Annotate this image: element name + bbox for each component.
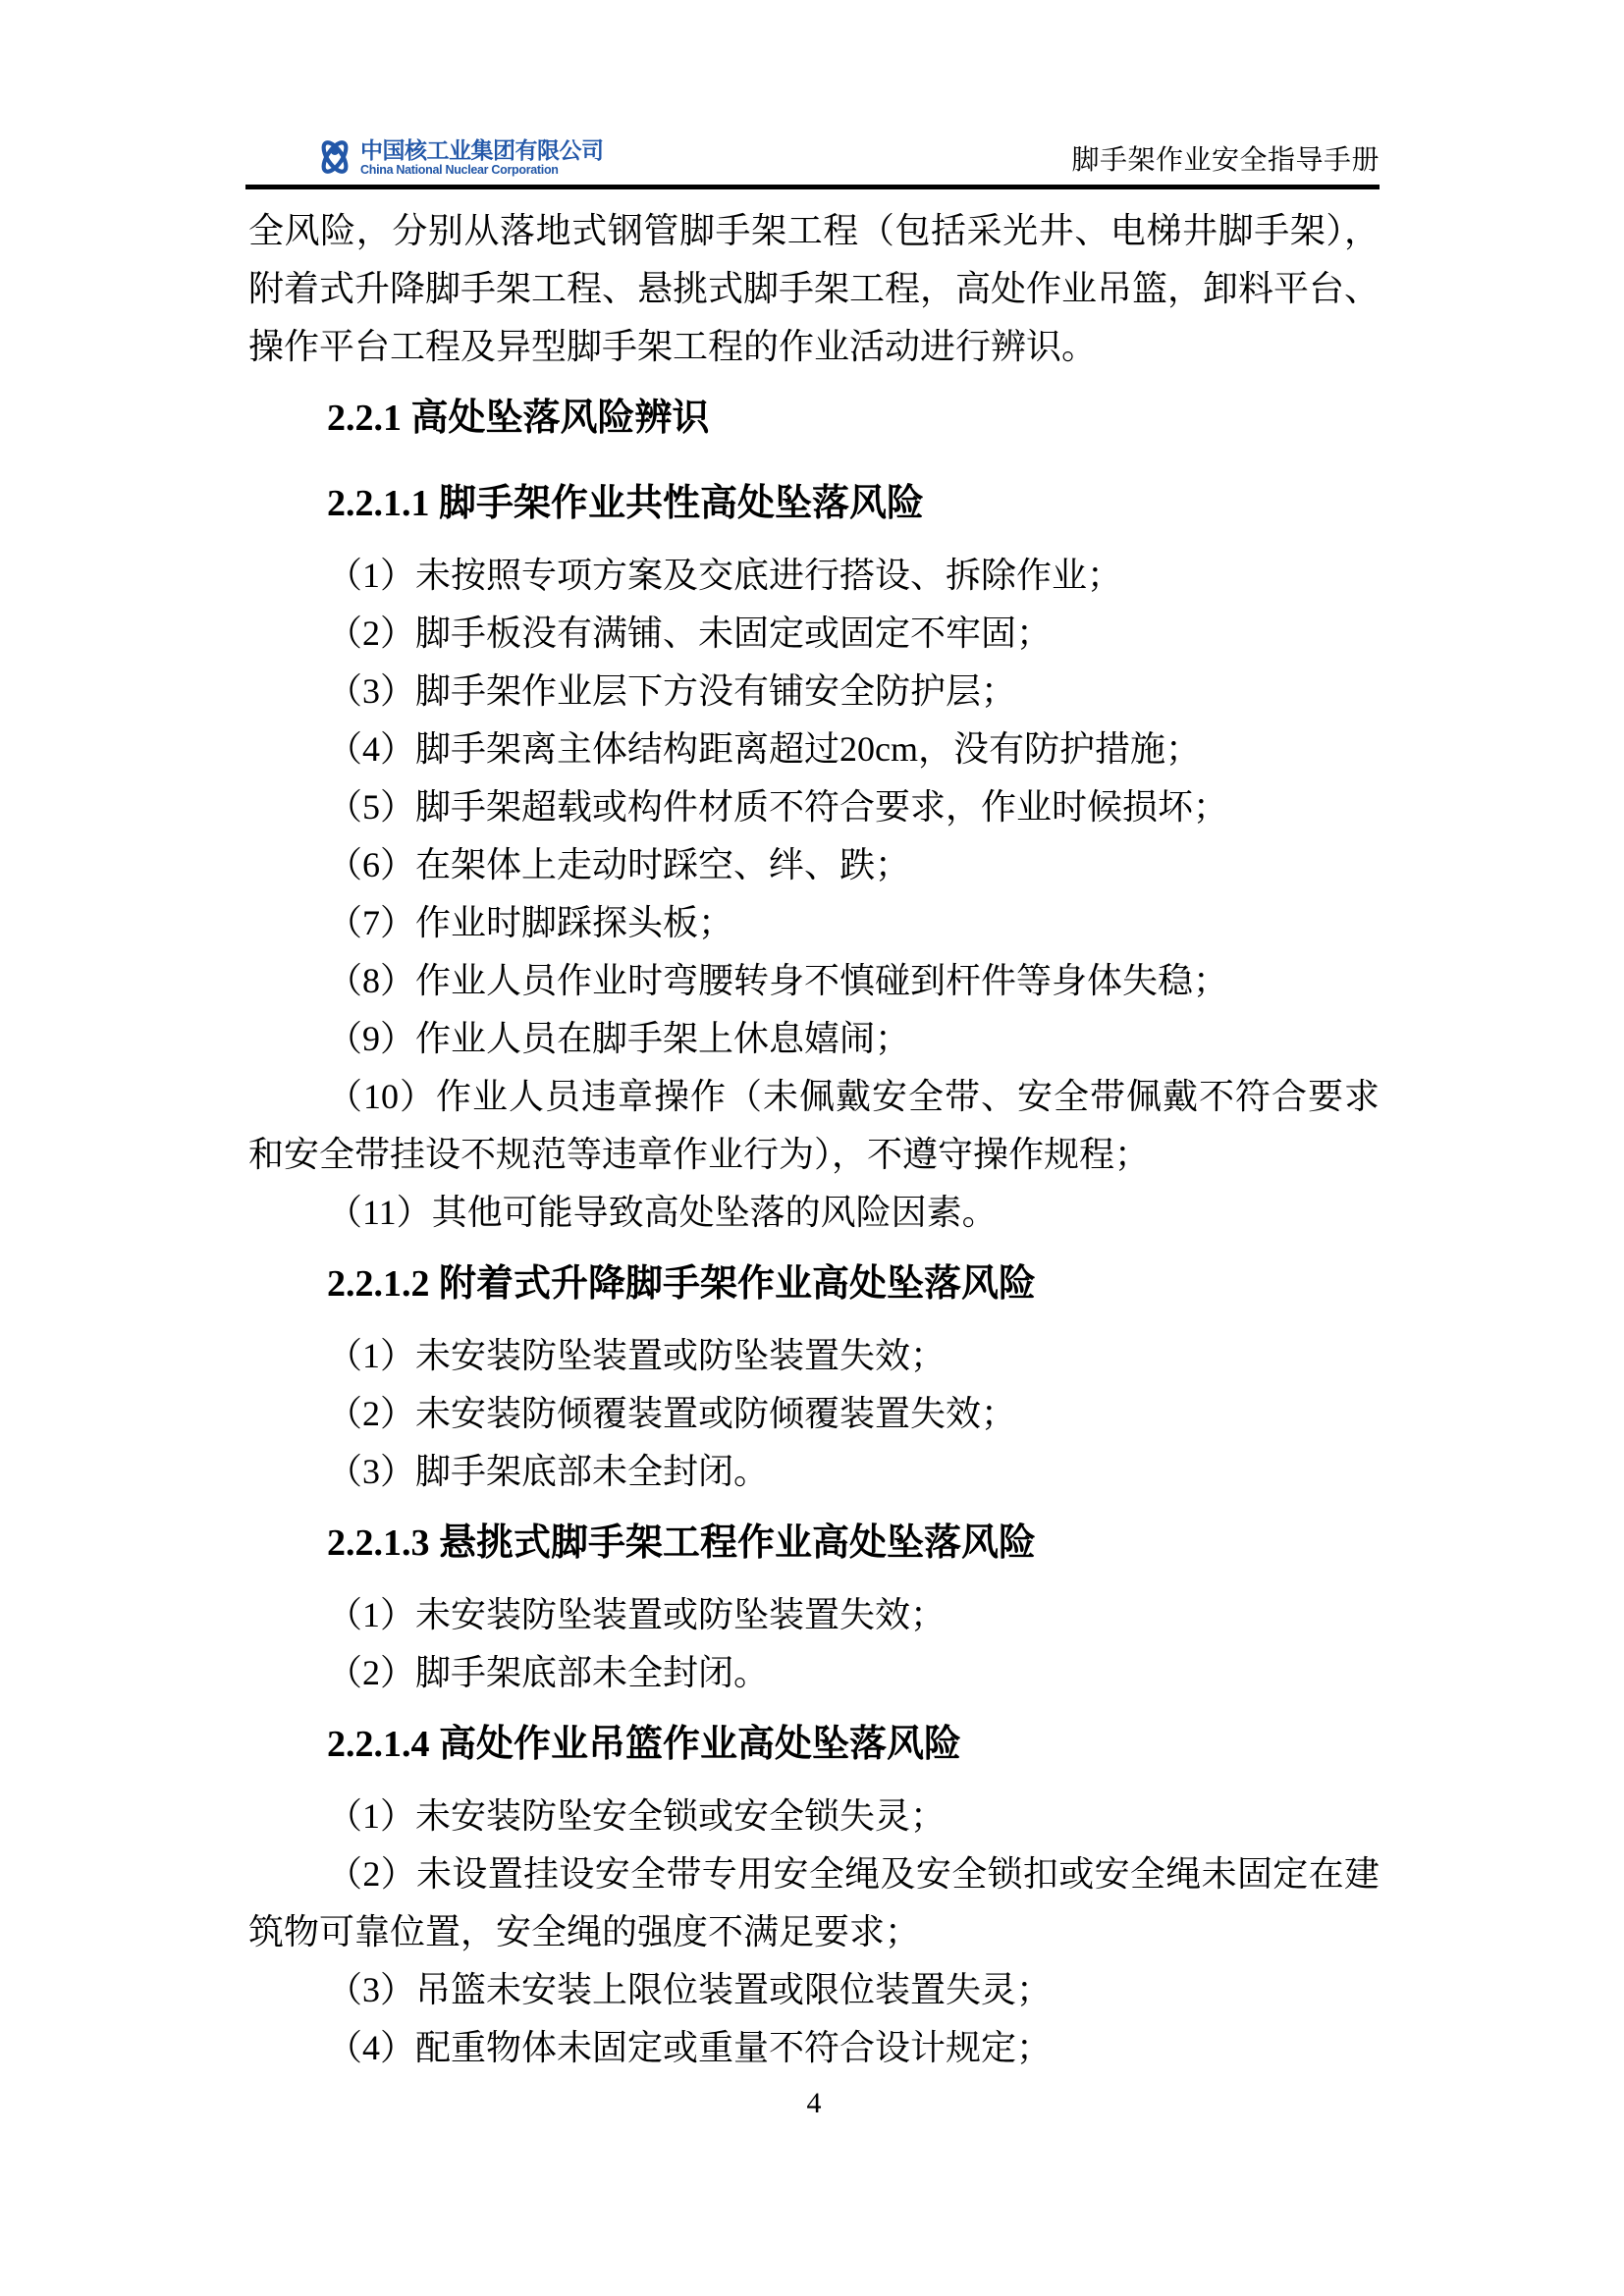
risk-item-common-1: （1）未按照专项方案及交底进行搭设、拆除作业； — [248, 547, 1380, 605]
page-number: 4 — [248, 2087, 1380, 2120]
atom-logo-icon — [316, 135, 353, 179]
company-name: 中国核工业集团有限公司 China National Nuclear Corpo… — [360, 138, 604, 177]
document-page: 中国核工业集团有限公司 China National Nuclear Corpo… — [0, 0, 1624, 2296]
company-name-en: China National Nuclear Corporation — [360, 163, 604, 177]
risk-item-cantilever-2: （2）脚手架底部未全封闭。 — [248, 1644, 1380, 1702]
body-paragraph: 全风险，分别从落地式钢管脚手架工程（包括采光井、电梯井脚手架），附着式升降脚手架… — [248, 202, 1380, 376]
document-title: 脚手架作业安全指导手册 — [1071, 138, 1380, 178]
heading-2-2-1-4: 2.2.1.4 高处作业吊篮作业高处坠落风险 — [248, 1702, 1380, 1788]
risk-item-gondola-1: （1）未安装防坠安全锁或安全锁失灵； — [248, 1788, 1380, 1845]
company-name-cn: 中国核工业集团有限公司 — [360, 138, 604, 163]
heading-2-2-1-3: 2.2.1.3 悬挑式脚手架工程作业高处坠落风险 — [248, 1501, 1380, 1586]
risk-item-climbing-2: （2）未安装防倾覆装置或防倾覆装置失效； — [248, 1385, 1380, 1443]
heading-2-2-1: 2.2.1 高处坠落风险辨识 — [248, 376, 1380, 461]
risk-item-climbing-3: （3）脚手架底部未全封闭。 — [248, 1443, 1380, 1501]
risk-item-common-5: （5）脚手架超载或构件材质不符合要求，作业时候损坏； — [248, 778, 1380, 836]
risk-item-common-4: （4）脚手架离主体结构距离超过20cm，没有防护措施； — [248, 721, 1380, 778]
header-rule — [245, 185, 1380, 189]
risk-item-common-2: （2）脚手板没有满铺、未固定或固定不牢固； — [248, 605, 1380, 663]
risk-item-common-10: （10）作业人员违章操作（未佩戴安全带、安全带佩戴不符合要求和安全带挂设不规范等… — [248, 1068, 1380, 1184]
risk-item-common-7: （7）作业时脚踩探头板； — [248, 894, 1380, 952]
risk-item-common-9: （9）作业人员在脚手架上休息嬉闹； — [248, 1010, 1380, 1068]
risk-item-common-8: （8）作业人员作业时弯腰转身不慎碰到杆件等身体失稳； — [248, 952, 1380, 1010]
risk-item-common-3: （3）脚手架作业层下方没有铺安全防护层； — [248, 663, 1380, 721]
risk-item-gondola-3: （3）吊篮未安装上限位装置或限位装置失灵； — [248, 1961, 1380, 2019]
risk-item-cantilever-1: （1）未安装防坠装置或防坠装置失效； — [248, 1586, 1380, 1644]
document-body: 全风险，分别从落地式钢管脚手架工程（包括采光井、电梯井脚手架），附着式升降脚手架… — [248, 202, 1380, 2077]
risk-item-gondola-4: （4）配重物体未固定或重量不符合设计规定； — [248, 2019, 1380, 2077]
risk-item-gondola-2: （2）未设置挂设安全带专用安全绳及安全锁扣或安全绳未固定在建筑物可靠位置，安全绳… — [248, 1845, 1380, 1961]
risk-item-common-6: （6）在架体上走动时踩空、绊、跌； — [248, 836, 1380, 894]
heading-2-2-1-1: 2.2.1.1 脚手架作业共性高处坠落风险 — [248, 461, 1380, 547]
risk-item-common-11: （11）其他可能导致高处坠落的风险因素。 — [248, 1184, 1380, 1242]
risk-item-climbing-1: （1）未安装防坠装置或防坠装置失效； — [248, 1327, 1380, 1385]
company-logo: 中国核工业集团有限公司 China National Nuclear Corpo… — [316, 135, 604, 179]
heading-2-2-1-2: 2.2.1.2 附着式升降脚手架作业高处坠落风险 — [248, 1242, 1380, 1327]
